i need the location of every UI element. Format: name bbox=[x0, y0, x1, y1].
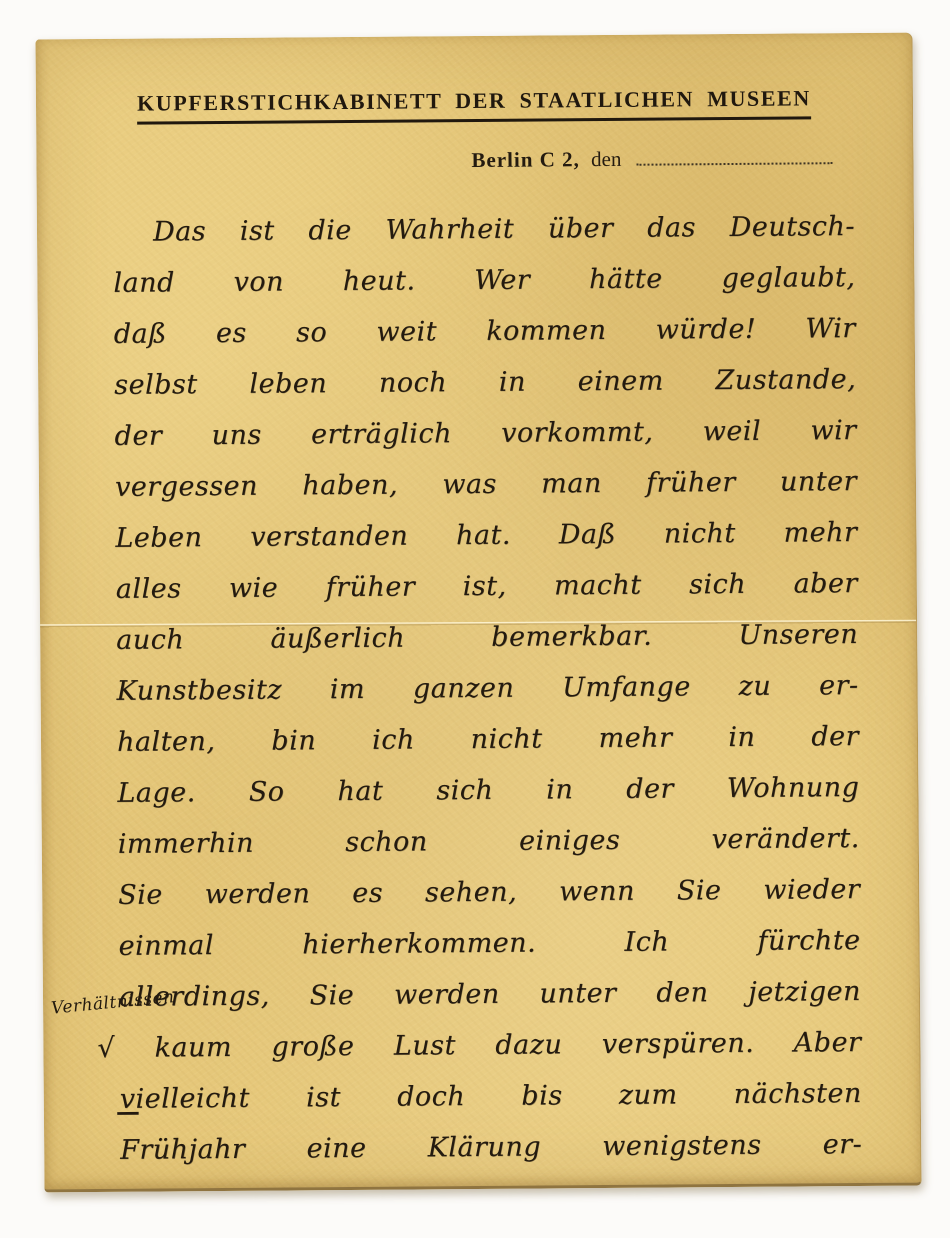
handwritten-line: allerdings, Sie werden unter den jetzige… bbox=[119, 966, 861, 1023]
handwritten-line: alles wie früher ist, macht sich aber bbox=[116, 558, 858, 615]
handwritten-line: Lage. So hat sich in der Wohnung bbox=[117, 762, 859, 819]
handwritten-line: selbst leben noch in einem Zustande, bbox=[114, 354, 856, 411]
handwritten-line: der uns erträglich vorkommt, weil wir bbox=[114, 405, 856, 462]
letterhead: KUPFERSTICHKABINETT DER STAATLICHEN MUSE… bbox=[36, 85, 912, 126]
handwritten-line: land von heut. Wer hätte geglaubt, bbox=[113, 252, 855, 309]
date-fill-dotted-line bbox=[637, 145, 833, 166]
handwritten-line: daß es so weit kommen würde! Wir bbox=[114, 303, 856, 360]
handwritten-line: Frühjahr eine Klärung wenigstens er- bbox=[120, 1119, 862, 1176]
handwritten-line: Leben verstanden hat. Daß nicht mehr bbox=[115, 507, 857, 564]
handwritten-line: vergessen haben, was man früher unter bbox=[115, 456, 857, 513]
handwritten-line: Das ist die Wahrheit über das Deutsch- bbox=[113, 201, 855, 258]
handwritten-line: einmal hierherkommen. Ich fürchte bbox=[118, 915, 860, 972]
handwritten-line: Sie werden es sehen, wenn Sie wieder bbox=[118, 864, 860, 921]
handwritten-line: Kunstbesitz im ganzen Umfange zu er- bbox=[116, 660, 858, 717]
margin-dash-mark: — bbox=[116, 1097, 140, 1126]
handwritten-line: √ kaum große Lust dazu verspüren. Aber bbox=[97, 1017, 861, 1074]
letter-paper: KUPFERSTICHKABINETT DER STAATLICHEN MUSE… bbox=[35, 33, 921, 1193]
dateline: Berlin C 2, den bbox=[471, 145, 832, 173]
dateline-den-label: den bbox=[591, 147, 622, 171]
dateline-place: Berlin C 2, bbox=[471, 147, 580, 172]
handwritten-body: Das ist die Wahrheit über das Deutsch- l… bbox=[113, 201, 863, 1176]
handwritten-line: auch äußerlich bemerkbar. Unseren bbox=[116, 609, 858, 666]
handwritten-line: halten, bin ich nicht mehr in der bbox=[117, 711, 859, 768]
letterhead-title: KUPFERSTICHKABINETT DER STAATLICHEN MUSE… bbox=[137, 85, 811, 124]
handwritten-line: immerhin schon einiges verändert. bbox=[118, 813, 860, 870]
handwritten-line: vielleicht ist doch bis zum nächsten bbox=[120, 1068, 862, 1125]
